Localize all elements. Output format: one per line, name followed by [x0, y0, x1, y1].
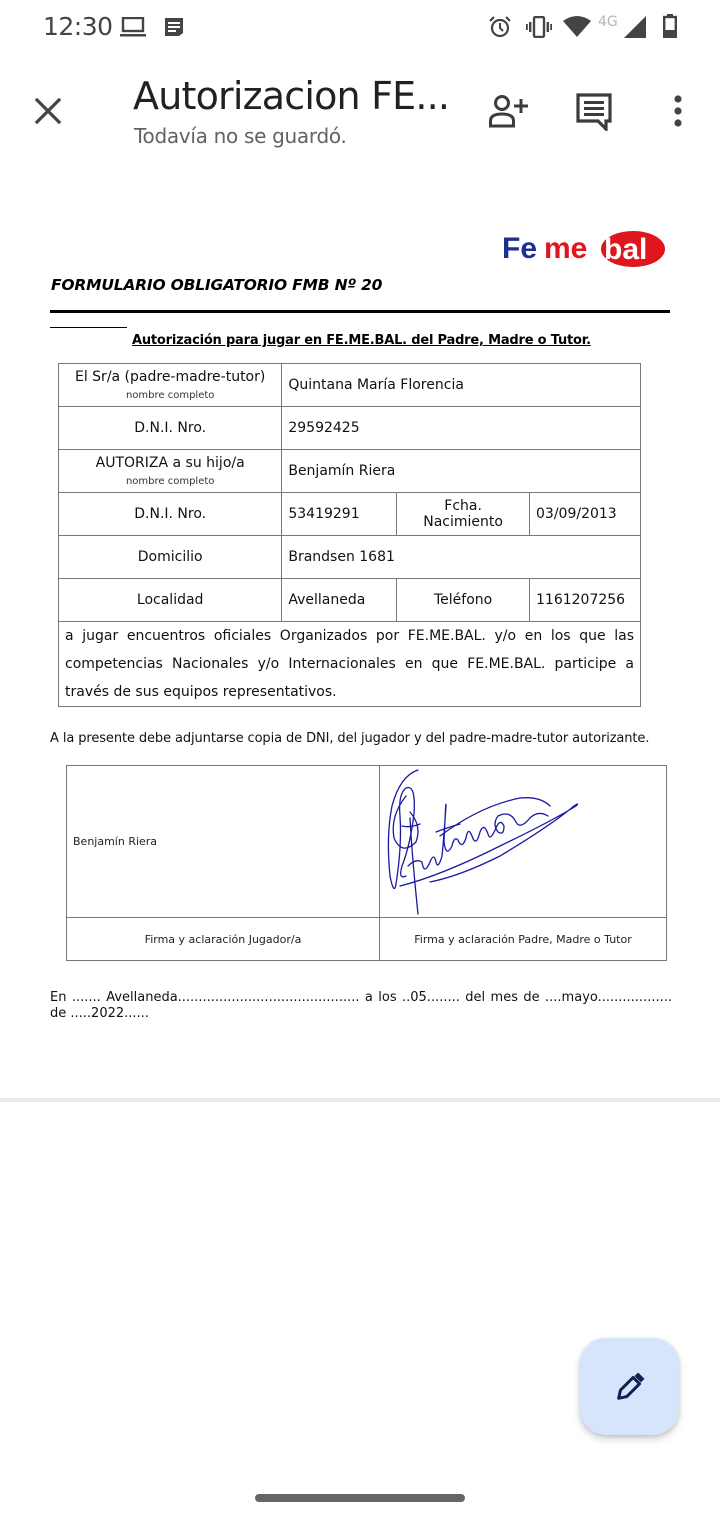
place-and-date: En ....... Avellaneda...................…: [50, 990, 672, 1022]
divider-short: [50, 327, 127, 328]
laptop-icon: [120, 17, 146, 42]
signal-icon: [624, 16, 646, 43]
table-row: Localidad Avellaneda Teléfono 1161207256: [59, 579, 641, 622]
authorization-text: a jugar encuentros oficiales Organizados…: [59, 622, 641, 707]
child-dni-label: D.N.I. Nro.: [59, 493, 282, 536]
wifi-icon: [563, 15, 591, 42]
city: Avellaneda: [282, 579, 397, 622]
phone-label: Teléfono: [397, 579, 530, 622]
save-status: Todavía no se guardó.: [134, 124, 347, 148]
authorization-table: El Sr/a (padre-madre-tutor) nombre compl…: [58, 363, 641, 707]
city-label: Localidad: [59, 579, 282, 622]
status-bar: 12:30 4G: [0, 0, 720, 56]
form-subtitle: Autorización para jugar en FE.ME.BAL. de…: [132, 333, 591, 348]
address: Brandsen 1681: [282, 536, 641, 579]
close-icon: [30, 93, 66, 129]
table-row: D.N.I. Nro. 29592425: [59, 407, 641, 450]
document-page[interactable]: Fe me bal FORMULARIO OBLIGATORIO FMB Nº …: [0, 170, 720, 1100]
birth-date: 03/09/2013: [530, 493, 641, 536]
guardian-signature-area: [380, 766, 667, 918]
share-button[interactable]: [488, 94, 530, 133]
table-row: AUTORIZA a su hijo/a nombre completo Ben…: [59, 450, 641, 493]
guardian-name: Quintana María Florencia: [282, 364, 641, 407]
table-row: D.N.I. Nro. 53419291 Fcha. Nacimiento 03…: [59, 493, 641, 536]
guardian-label: El Sr/a (padre-madre-tutor): [75, 369, 265, 385]
handwritten-signature: [380, 766, 666, 917]
table-row: Domicilio Brandsen 1681: [59, 536, 641, 579]
svg-text:bal: bal: [604, 233, 647, 266]
notes-icon: [164, 17, 184, 42]
child-note: nombre completo: [65, 476, 275, 487]
player-signature-caption: Firma y aclaración Jugador/a: [67, 918, 380, 961]
child-name: Benjamín Riera: [282, 450, 641, 493]
divider: [50, 310, 670, 313]
child-dni: 53419291: [282, 493, 397, 536]
address-label: Domicilio: [59, 536, 282, 579]
document-title: Autorizacion FE...: [133, 74, 449, 118]
more-vert-icon: [670, 94, 686, 128]
child-label: AUTORIZA a su hijo/a: [96, 455, 245, 471]
birth-date-label: Fcha. Nacimiento: [397, 493, 530, 536]
femebal-logo: Fe me bal: [500, 226, 668, 270]
vibrate-icon: [526, 16, 552, 43]
form-number: FORMULARIO OBLIGATORIO FMB Nº 20: [51, 276, 382, 294]
player-signature-area: Benjamín Riera: [67, 766, 380, 918]
guardian-label-cell: El Sr/a (padre-madre-tutor) nombre compl…: [59, 364, 282, 407]
svg-text:Fe: Fe: [502, 232, 537, 265]
svg-text:me: me: [544, 232, 587, 265]
alarm-icon: [488, 15, 512, 44]
page-separator: [0, 1098, 720, 1102]
battery-icon: [663, 14, 677, 43]
guardian-dni-label: D.N.I. Nro.: [59, 407, 282, 450]
comments-button[interactable]: [576, 93, 612, 136]
attach-note: A la presente debe adjuntarse copia de D…: [50, 731, 649, 746]
add-person-icon: [488, 94, 530, 128]
close-button[interactable]: [30, 93, 66, 129]
edit-fab-button[interactable]: [580, 1338, 679, 1435]
app-bar: Autorizacion FE... Todavía no se guardó.: [0, 60, 720, 170]
status-time: 12:30: [43, 12, 113, 41]
comment-icon: [576, 93, 612, 131]
more-options-button[interactable]: [670, 94, 686, 133]
table-row: El Sr/a (padre-madre-tutor) nombre compl…: [59, 364, 641, 407]
phone: 1161207256: [530, 579, 641, 622]
network-type: 4G: [598, 14, 618, 30]
edit-pencil-icon: [612, 1369, 648, 1405]
guardian-note: nombre completo: [65, 390, 275, 401]
guardian-signature-caption: Firma y aclaración Padre, Madre o Tutor: [380, 918, 667, 961]
signature-table: Benjamín Riera Firma y acl: [66, 765, 667, 961]
gesture-nav-handle[interactable]: [255, 1494, 465, 1502]
child-label-cell: AUTORIZA a su hijo/a nombre completo: [59, 450, 282, 493]
table-row: a jugar encuentros oficiales Organizados…: [59, 622, 641, 707]
guardian-dni: 29592425: [282, 407, 641, 450]
